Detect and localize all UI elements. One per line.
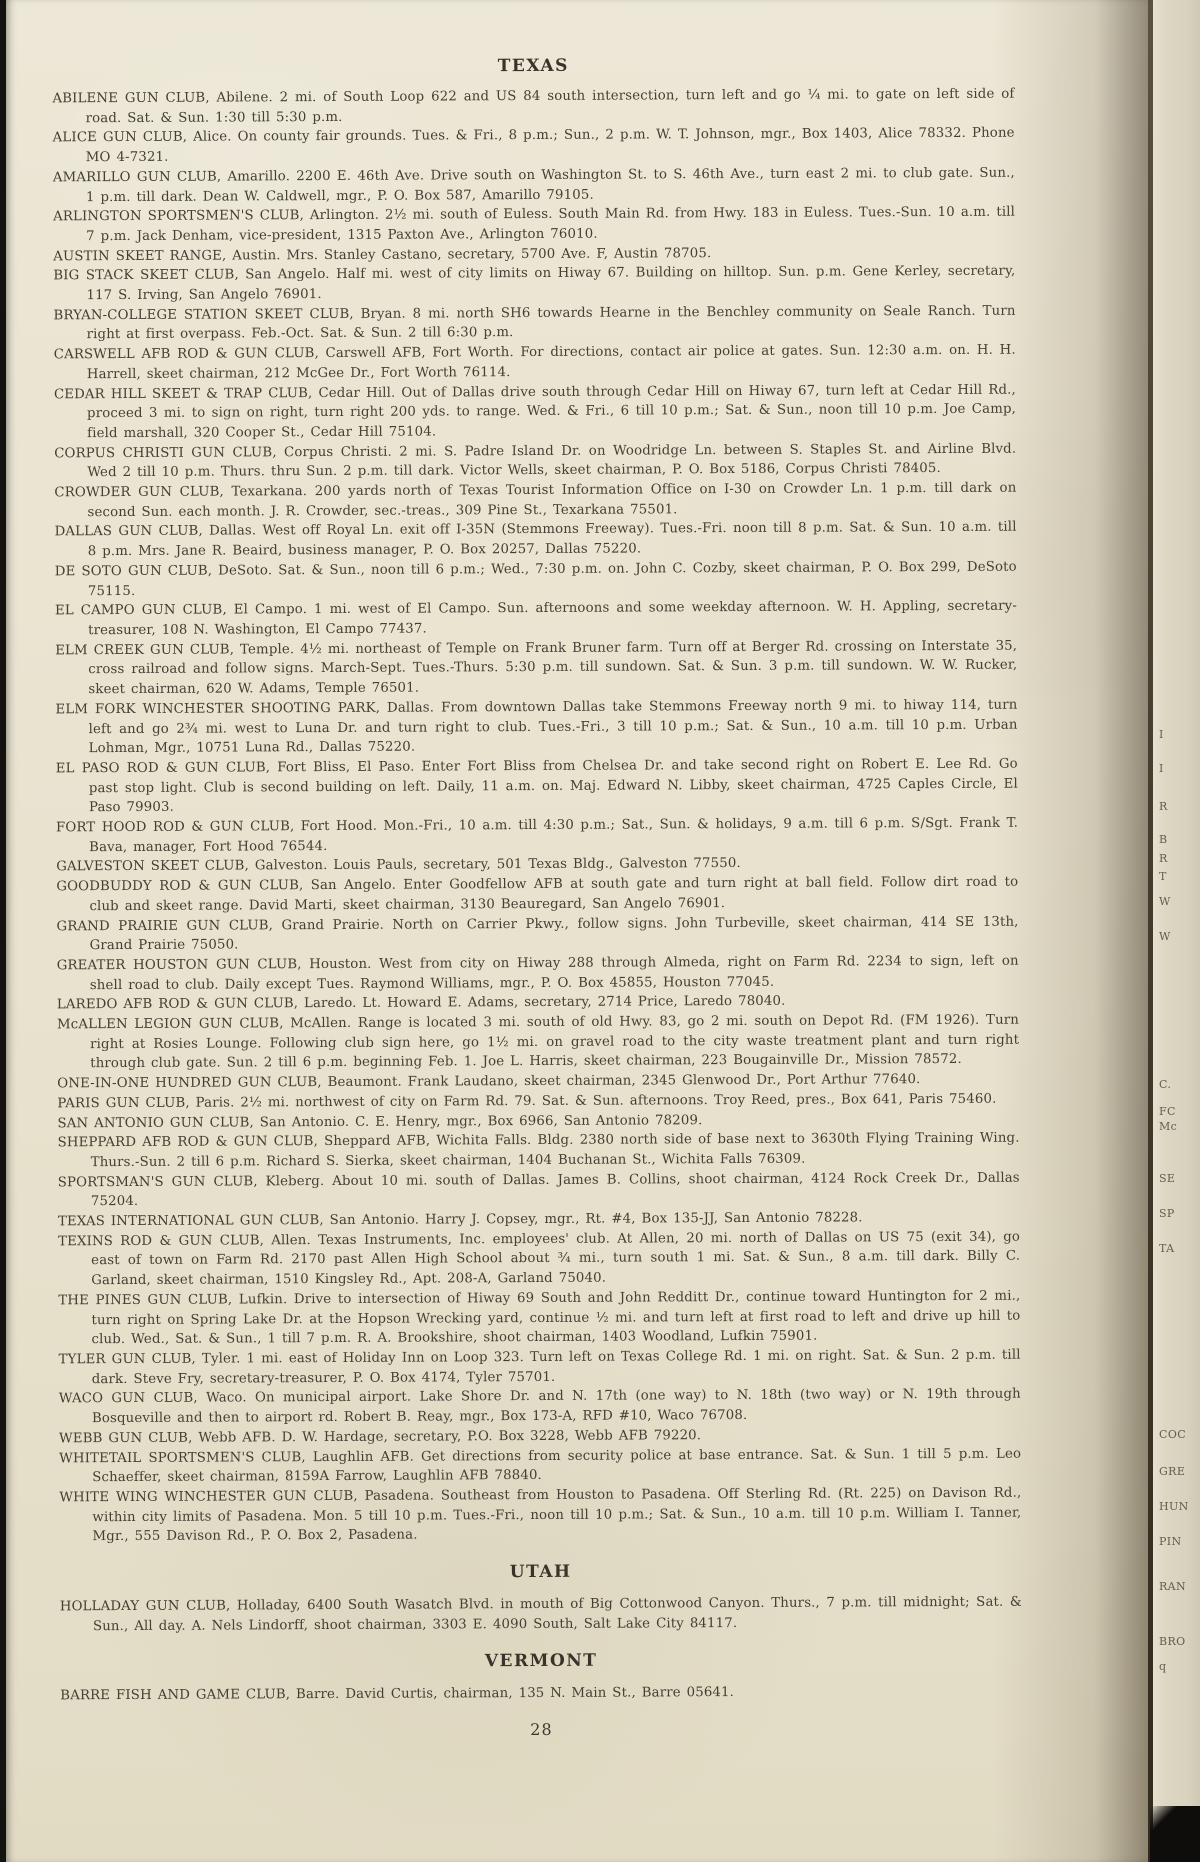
directory-entry: TEXINS ROD & GUN CLUB, Allen. Texas Inst…: [58, 1227, 1020, 1291]
edge-text-fragment: COC: [1159, 1428, 1186, 1441]
edge-text-fragment: R: [1159, 852, 1168, 865]
edge-text-fragment: I: [1159, 728, 1164, 741]
directory-entry: EL CAMPO GUN CLUB, El Campo. 1 mi. west …: [55, 597, 1017, 641]
edge-text-fragment: RAN: [1159, 1580, 1186, 1593]
directory-sections: TEXASABILENE GUN CLUB, Abilene. 2 mi. of…: [52, 54, 1022, 1707]
directory-entry: CORPUS CHRISTI GUN CLUB, Corpus Christi.…: [54, 439, 1016, 483]
directory-entry: BRYAN-COLLEGE STATION SKEET CLUB, Bryan.…: [53, 301, 1015, 345]
directory-entry: ARLINGTON SPORTSMEN'S CLUB, Arlington. 2…: [53, 203, 1015, 247]
edge-text-fragment: PIN: [1159, 1535, 1182, 1548]
directory-entry: GREATER HOUSTON GUN CLUB, Houston. West …: [57, 952, 1019, 996]
edge-text-fragment: B: [1159, 833, 1167, 846]
section-entries: BARRE FISH AND GAME CLUB, Barre. David C…: [60, 1682, 1022, 1706]
directory-entry: TYLER GUN CLUB, Tyler. 1 mi. east of Hol…: [59, 1346, 1021, 1390]
directory-entry: FORT HOOD ROD & GUN CLUB, Fort Hood. Mon…: [56, 814, 1018, 858]
edge-text-fragment: q: [1159, 1660, 1166, 1673]
edge-text-fragment: SP: [1159, 1207, 1175, 1220]
edge-text-fragment: C.: [1159, 1078, 1171, 1091]
directory-entry: WHITE WING WINCHESTER GUN CLUB, Pasadena…: [59, 1484, 1021, 1548]
next-page-edge: IIRBRTWWC.FCMcSESPTACOCGREHUNPINRANBROq: [1153, 0, 1200, 1862]
directory-entry: BIG STACK SKEET CLUB, San Angelo. Half m…: [53, 262, 1015, 306]
directory-entry: BARRE FISH AND GAME CLUB, Barre. David C…: [60, 1682, 1022, 1706]
edge-text-fragment: BRO: [1159, 1635, 1186, 1648]
directory-entry: McALLEN LEGION GUN CLUB, McAllen. Range …: [57, 1011, 1019, 1075]
scanned-book-page: TEXASABILENE GUN CLUB, Abilene. 2 mi. of…: [0, 0, 1200, 1862]
section-entries: HOLLADAY GUN CLUB, Holladay, 6400 South …: [60, 1593, 1022, 1637]
directory-entry: CARSWELL AFB ROD & GUN CLUB, Carswell AF…: [54, 341, 1016, 385]
section-heading-vermont: VERMONT: [60, 1649, 1022, 1674]
section-entries: ABILENE GUN CLUB, Abilene. 2 mi. of Sout…: [52, 85, 1021, 1548]
edge-text-fragment: Mc: [1159, 1120, 1177, 1133]
edge-text-fragment: HUN: [1159, 1500, 1189, 1513]
directory-entry: CROWDER GUN CLUB, Texarkana. 200 yards n…: [54, 479, 1016, 523]
directory-entry: ELM FORK WINCHESTER SHOOTING PARK, Dalla…: [55, 695, 1017, 759]
section-heading-texas: TEXAS: [52, 54, 1014, 79]
page-paper: TEXASABILENE GUN CLUB, Abilene. 2 mi. of…: [6, 0, 1152, 1862]
directory-entry: AMARILLO GUN CLUB, Amarillo. 2200 E. 46t…: [53, 163, 1015, 207]
directory-entry: ELM CREEK GUN CLUB, Temple. 4½ mi. north…: [55, 636, 1017, 700]
directory-text-column: TEXASABILENE GUN CLUB, Abilene. 2 mi. of…: [52, 0, 1022, 1741]
photo-left-edge: [0, 0, 6, 1862]
directory-entry: WHITETAIL SPORTSMEN'S CLUB, Laughlin AFB…: [59, 1444, 1021, 1488]
directory-entry: SPORTSMAN'S GUN CLUB, Kleberg. About 10 …: [58, 1168, 1020, 1212]
edge-text-fragment: T: [1159, 870, 1167, 883]
page-number: 28: [60, 1718, 1022, 1742]
edge-text-fragment: W: [1159, 930, 1171, 943]
edge-text-fragment: I: [1159, 762, 1164, 775]
edge-text-fragment: SE: [1159, 1172, 1175, 1185]
directory-entry: ABILENE GUN CLUB, Abilene. 2 mi. of Sout…: [52, 85, 1014, 129]
edge-text-fragment: R: [1159, 800, 1168, 813]
edge-text-fragment: W: [1159, 895, 1171, 908]
directory-entry: GOODBUDDY ROD & GUN CLUB, San Angelo. En…: [56, 873, 1018, 917]
photo-corner-shadow: [1150, 1806, 1200, 1862]
directory-entry: SHEPPARD AFB ROD & GUN CLUB, Sheppard AF…: [58, 1129, 1020, 1173]
edge-text-fragment: GRE: [1159, 1465, 1185, 1478]
directory-entry: DE SOTO GUN CLUB, DeSoto. Sat. & Sun., n…: [55, 558, 1017, 602]
directory-entry: ALICE GUN CLUB, Alice. On county fair gr…: [53, 124, 1015, 168]
directory-entry: GRAND PRAIRIE GUN CLUB, Grand Prairie. N…: [56, 912, 1018, 956]
directory-entry: WACO GUN CLUB, Waco. On municipal airpor…: [59, 1385, 1021, 1429]
directory-entry: CEDAR HILL SKEET & TRAP CLUB, Cedar Hill…: [54, 380, 1016, 444]
directory-entry: DALLAS GUN CLUB, Dallas. West off Royal …: [55, 518, 1017, 562]
directory-entry: HOLLADAY GUN CLUB, Holladay, 6400 South …: [60, 1593, 1022, 1637]
edge-text-fragment: TA: [1159, 1242, 1174, 1255]
directory-entry: EL PASO ROD & GUN CLUB, Fort Bliss, El P…: [56, 755, 1018, 819]
edge-text-fragment: FC: [1159, 1105, 1176, 1118]
section-heading-utah: UTAH: [60, 1560, 1022, 1585]
directory-entry: THE PINES GUN CLUB, Lufkin. Drive to int…: [58, 1287, 1020, 1351]
